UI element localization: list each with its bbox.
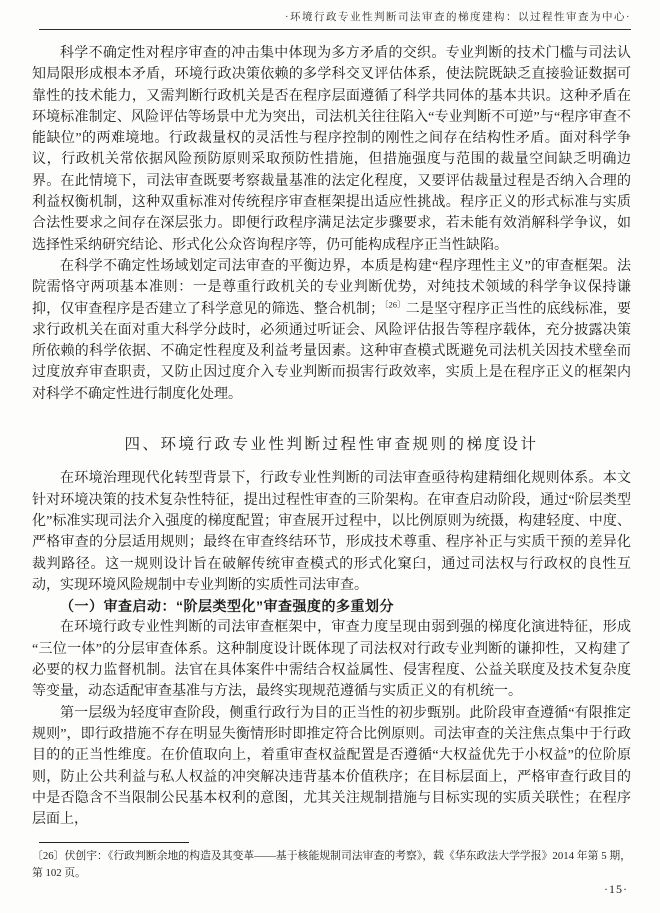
page-number: ·15· xyxy=(604,882,628,897)
paper-page: ·环境行政专业性判断司法审查的梯度建构：以过程性审查为中心· 科学不确定性对程序… xyxy=(0,0,660,913)
paragraph-4: 在环境行政专业性判断的司法审查框架中，审查力度呈现由弱到强的梯度化演进特征，形成… xyxy=(32,617,631,702)
footnote-block: 〔26〕伏创宇：《行政判断余地的构造及其变革——基于核能规制司法审查的考察》，载… xyxy=(32,842,631,882)
text-column: ·环境行政专业性判断司法审查的梯度建构：以过程性审查为中心· 科学不确定性对程序… xyxy=(32,0,631,830)
subsection-heading: （一）审查启动：“阶层类型化”审查强度的多重划分 xyxy=(32,596,631,617)
footnote: 〔26〕伏创宇：《行政判断余地的构造及其变革——基于核能规制司法审查的考察》，载… xyxy=(32,848,631,882)
article-body: 科学不确定性对程序审查的冲击集中体现为多方矛盾的交织。专业判断的技术门槛与司法认… xyxy=(32,43,631,830)
header-rule xyxy=(39,29,631,30)
paragraph-1: 科学不确定性对程序审查的冲击集中体现为多方矛盾的交织。专业判断的技术门槛与司法认… xyxy=(32,43,631,256)
paragraph-2: 在科学不确定性场域划定司法审查的平衡边界，本质是构建“程序理性主义”的审查框架。… xyxy=(32,256,631,405)
paragraph-3: 在环境治理现代化转型背景下，行政专业性判断的司法审查亟待构建精细化规则体系。本文… xyxy=(32,468,631,596)
section-heading: 四、环境行政专业性判断过程性审查规则的梯度设计 xyxy=(32,434,631,455)
paragraph-5: 第一层级为轻度审查阶段，侧重行政行为目的正当性的初步甄别。此阶段审查遵循“有限推… xyxy=(32,703,631,831)
footnote-rule xyxy=(39,842,189,843)
footnote-ref-26: 〔26〕 xyxy=(384,299,406,309)
running-head: ·环境行政专业性判断司法审查的梯度建构：以过程性审查为中心· xyxy=(32,0,631,24)
